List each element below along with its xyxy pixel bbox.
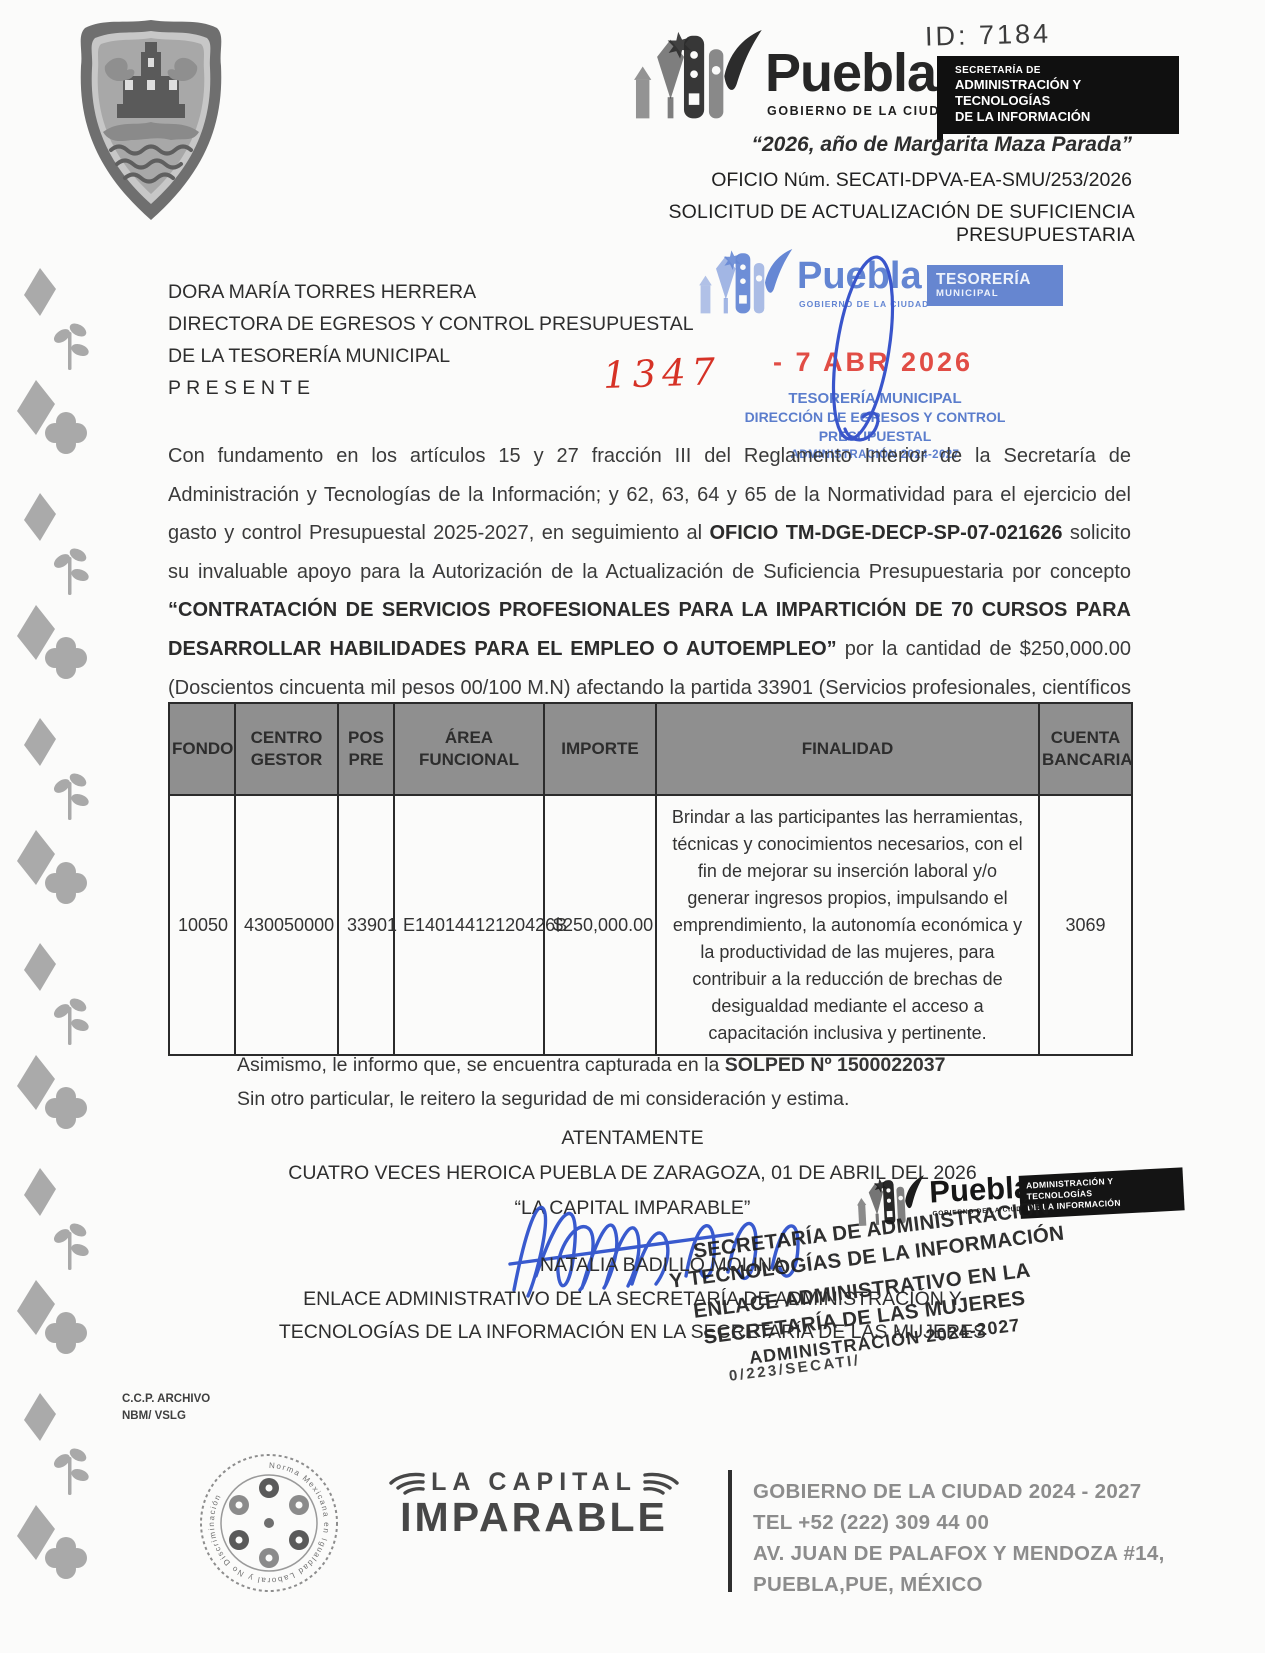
footer-divider	[728, 1470, 732, 1592]
dept-line2: ADMINISTRACIÓN Y TECNOLOGÍAS	[955, 77, 1169, 109]
cell-area-funcional: E14014412120426B	[394, 795, 544, 1055]
col-pos-pre: POS PRE	[338, 703, 394, 795]
footer-info-line2: TEL +52 (222) 309 44 00	[753, 1507, 1165, 1538]
capital-brand-line2: IMPARABLE	[378, 1497, 690, 1538]
signer-role-line2: TECNOLOGÍAS DE LA INFORMACIÓN EN LA SECR…	[0, 1321, 1265, 1344]
atentamente: ATENTAMENTE	[0, 1127, 1265, 1150]
col-fondo: FONDO	[169, 703, 235, 795]
col-area-funcional: ÁREA FUNCIONAL	[394, 703, 544, 795]
signer-role-line1: ENLACE ADMINISTRATIVO DE LA SECRETARÍA D…	[0, 1288, 1265, 1311]
cell-finalidad: Brindar a las participantes las herramie…	[656, 795, 1039, 1055]
solped-run1: Asimismo, le informo que, se encuentra c…	[237, 1054, 725, 1076]
footer-contact-info: GOBIERNO DE LA CIUDAD 2024 - 2027 TEL +5…	[753, 1476, 1165, 1600]
cell-centro-gestor: 430050000	[235, 795, 338, 1055]
oficio-number: OFICIO Núm. SECATI-DPVA-EA-SMU/253/2026	[632, 169, 1132, 192]
document-page: ID: 7184 Puebla GOBIERNO DE LA CIUDAD SE…	[0, 0, 1265, 1653]
puebla-wordmark-subtitle: GOBIERNO DE LA CIUDAD	[767, 104, 961, 118]
puebla-wordmark: Puebla	[765, 46, 936, 100]
solped-note: Asimismo, le informo que, se encuentra c…	[237, 1048, 945, 1082]
puebla-coat-of-arms	[75, 14, 227, 230]
department-box: SECRETARÍA DE ADMINISTRACIÓN Y TECNOLOGÍ…	[943, 56, 1179, 134]
distribution-table: FONDO CENTRO GESTOR POS PRE ÁREA FUNCION…	[168, 702, 1133, 1056]
ccp-block: C.C.P. ARCHIVO NBM/ VSLG	[122, 1391, 210, 1425]
dept-line3: DE LA INFORMACIÓN	[955, 109, 1169, 125]
wing-right-icon	[643, 1471, 679, 1495]
recipient-name: DORA MARÍA TORRES HERRERA	[168, 276, 694, 308]
ccp-line2: NBM/ VSLG	[122, 1408, 210, 1425]
handwritten-id: ID: 7184	[925, 18, 1052, 52]
year-motto: “2026, año de Margarita Maza Parada”	[632, 133, 1132, 157]
body-oficio-ref: OFICIO TM-DGE-DECP-SP-07-021626	[709, 522, 1062, 544]
col-centro-gestor: CENTRO GESTOR	[235, 703, 338, 795]
table-header-row: FONDO CENTRO GESTOR POS PRE ÁREA FUNCION…	[169, 703, 1132, 795]
seal-hexagon-motif	[229, 1478, 309, 1568]
solped-number: SOLPED Nº 1500022037	[725, 1054, 946, 1076]
ccp-line1: C.C.P. ARCHIVO	[122, 1391, 210, 1408]
equality-norm-seal: Norma Mexicana en Igualdad Laboral y No …	[198, 1452, 340, 1594]
capital-imparable-logo: LA CAPITAL IMPARABLE	[378, 1468, 690, 1538]
col-importe: IMPORTE	[544, 703, 656, 795]
signer-name: NATALIA BADILLO MOLINA	[30, 1254, 1265, 1277]
talavera-border-pattern	[10, 268, 92, 1648]
cell-pos-pre: 33901	[338, 795, 394, 1055]
folio-number-stamp: 1347	[602, 350, 722, 397]
footer-info-line3: AV. JUAN DE PALAFOX Y MENDOZA #14,	[753, 1538, 1165, 1569]
puebla-logo-icon	[628, 30, 763, 126]
recipient-title1: DIRECTORA DE EGRESOS Y CONTROL PRESUPUES…	[168, 308, 694, 340]
tesoreria-stamp-logo-icon	[695, 249, 793, 319]
table-row: 10050 430050000 33901 E14014412120426B $…	[169, 795, 1132, 1055]
wing-left-icon	[389, 1471, 425, 1495]
closing-courtesy-line: Sin otro particular, le reitero la segur…	[237, 1082, 849, 1116]
capital-brand-line1: LA CAPITAL	[431, 1468, 637, 1497]
cell-fondo: 10050	[169, 795, 235, 1055]
footer-info-line1: GOBIERNO DE LA CIUDAD 2024 - 2027	[753, 1476, 1165, 1507]
dept-line1: SECRETARÍA DE	[955, 64, 1169, 77]
cell-importe: $250,000.00	[544, 795, 656, 1055]
footer-info-line4: PUEBLA,PUE, MÉXICO	[753, 1569, 1165, 1600]
col-cuenta-bancaria: CUENTA BANCARIA	[1039, 703, 1132, 795]
col-finalidad: FINALIDAD	[656, 703, 1039, 795]
cell-cuenta-bancaria: 3069	[1039, 795, 1132, 1055]
document-subject: SOLICITUD DE ACTUALIZACIÓN DE SUFICIENCI…	[520, 201, 1135, 247]
